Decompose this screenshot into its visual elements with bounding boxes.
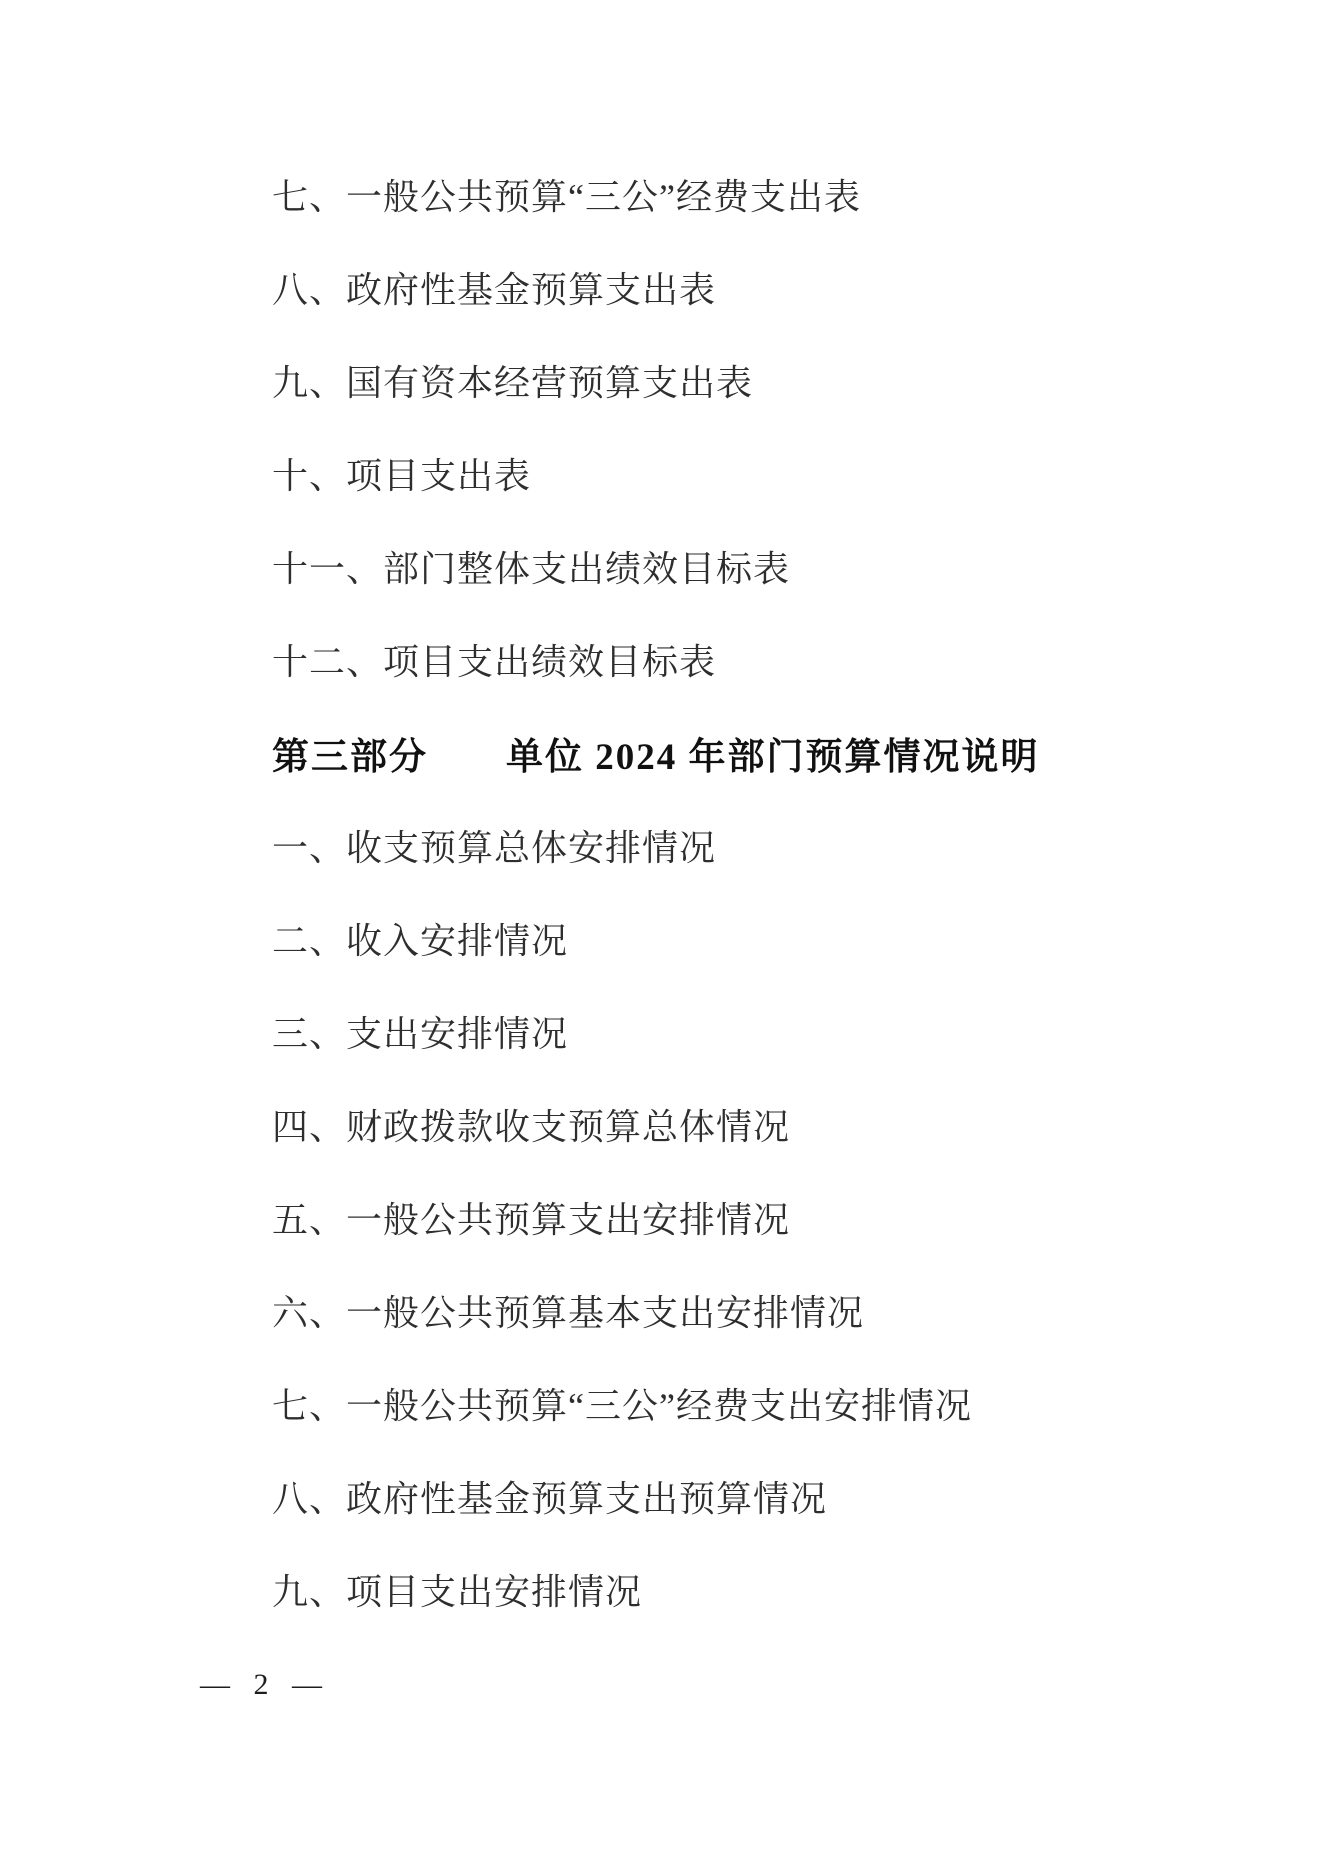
toc-item-table-9: 九、国有资本经营预算支出表 — [272, 334, 1283, 427]
document-page: 七、一般公共预算“三公”经费支出表 八、政府性基金预算支出表 九、国有资本经营预… — [0, 0, 1323, 1871]
toc-item-part3-1: 一、收支预算总体安排情况 — [272, 799, 1283, 892]
table-of-contents: 七、一般公共预算“三公”经费支出表 八、政府性基金预算支出表 九、国有资本经营预… — [272, 148, 1283, 1636]
toc-item-table-7: 七、一般公共预算“三公”经费支出表 — [272, 148, 1283, 241]
section-heading-part3: 第三部分 单位 2024 年部门预算情况说明 — [272, 706, 1283, 799]
toc-item-table-10: 十、项目支出表 — [272, 427, 1283, 520]
toc-item-part3-8: 八、政府性基金预算支出预算情况 — [272, 1450, 1283, 1543]
toc-item-part3-3: 三、支出安排情况 — [272, 985, 1283, 1078]
toc-item-part3-7: 七、一般公共预算“三公”经费支出安排情况 — [272, 1357, 1283, 1450]
toc-item-part3-4: 四、财政拨款收支预算总体情况 — [272, 1078, 1283, 1171]
toc-item-part3-2: 二、收入安排情况 — [272, 892, 1283, 985]
toc-item-table-11: 十一、部门整体支出绩效目标表 — [272, 520, 1283, 613]
toc-item-table-8: 八、政府性基金预算支出表 — [272, 241, 1283, 334]
toc-item-part3-9: 九、项目支出安排情况 — [272, 1543, 1283, 1636]
toc-item-part3-5: 五、一般公共预算支出安排情况 — [272, 1171, 1283, 1264]
toc-item-table-12: 十二、项目支出绩效目标表 — [272, 613, 1283, 706]
toc-item-part3-6: 六、一般公共预算基本支出安排情况 — [272, 1264, 1283, 1357]
page-number: — 2 — — [200, 1668, 327, 1702]
